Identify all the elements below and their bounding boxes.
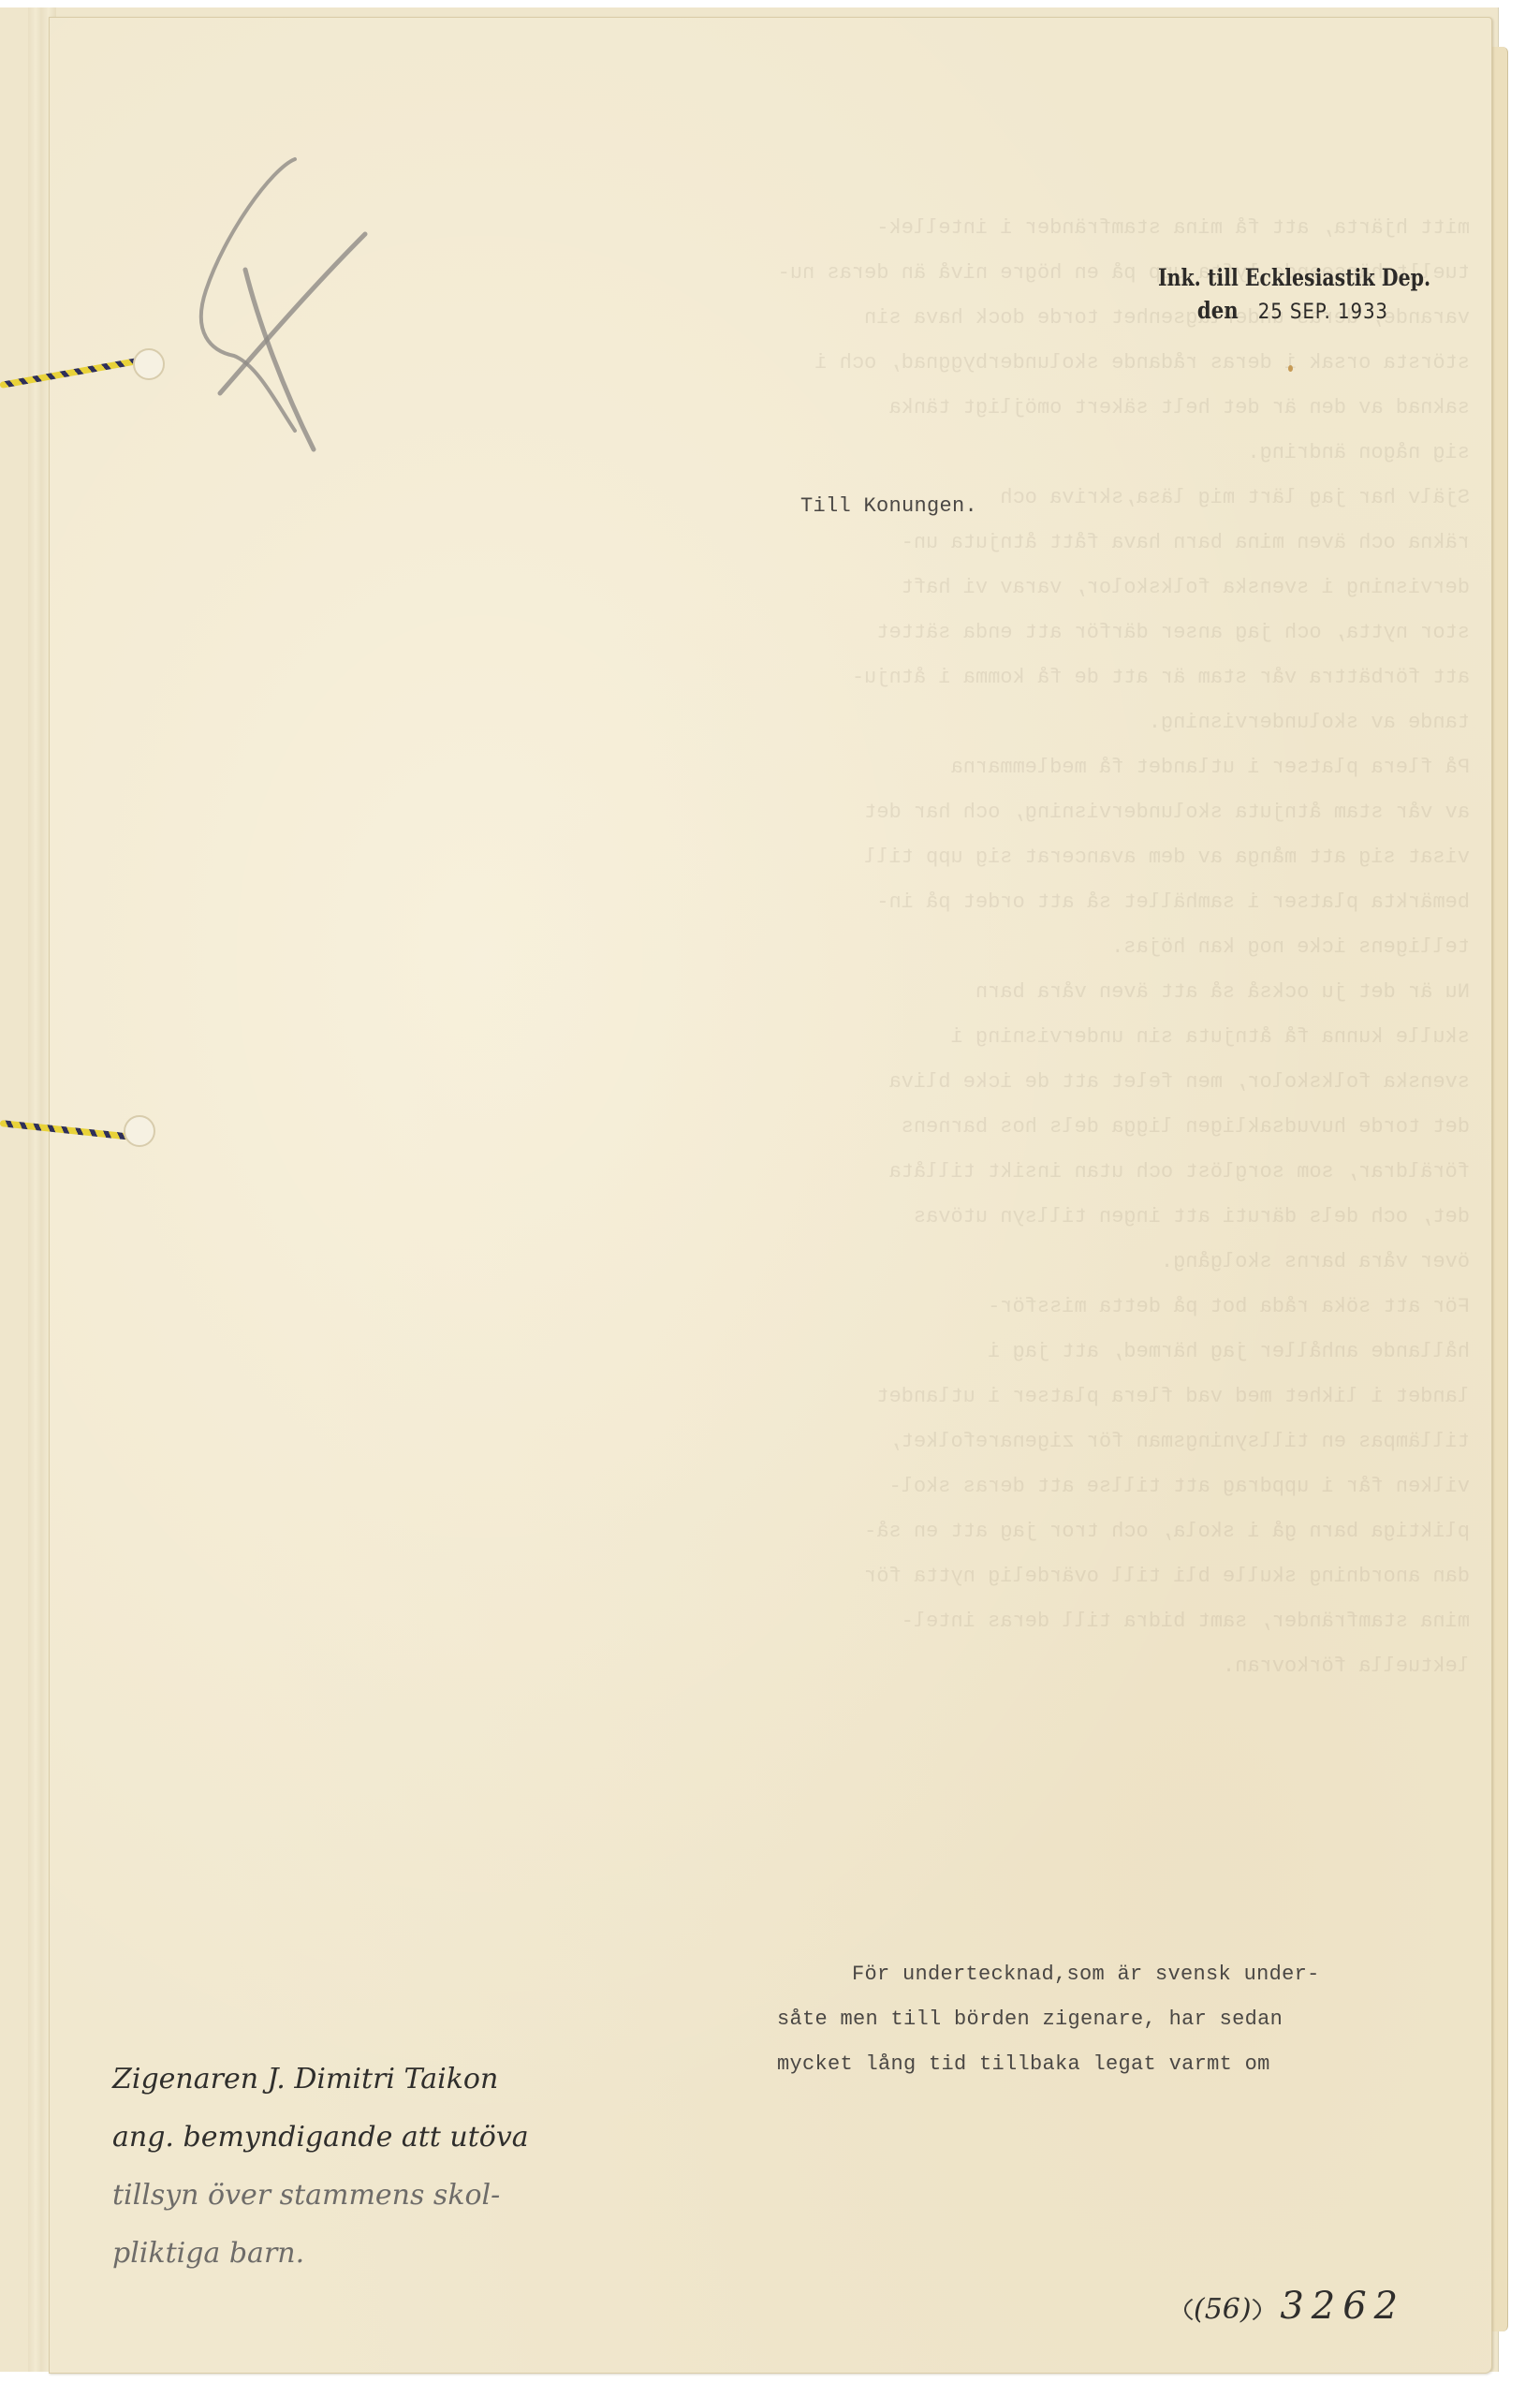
letter-body: För undertecknad,som är svensk under- så… bbox=[777, 1952, 1320, 2087]
salutation: Till Konungen. bbox=[800, 494, 977, 518]
stamp-den-label: den bbox=[1196, 297, 1238, 324]
body-line: För undertecknad,som är svensk under- bbox=[777, 1952, 1320, 1997]
bleed-through-text: mitt hjärta, att få mina stamfränder i i… bbox=[599, 206, 1470, 1816]
marginal-note-line: Zigenaren J. Dimitri Taikon bbox=[112, 2051, 529, 2109]
body-line: såte men till börden zigenare, har sedan bbox=[777, 1997, 1320, 2042]
archive-prefix: (56) bbox=[1184, 2291, 1261, 2328]
archive-number: (56) 3262 bbox=[1184, 2285, 1405, 2328]
receipt-stamp: Ink. till Ecklesiastik Dep. den 25 SEP. … bbox=[1128, 264, 1460, 324]
stamp-date: 25 SEP. 1933 bbox=[1257, 301, 1387, 324]
punch-hole-bottom bbox=[124, 1115, 155, 1147]
marginal-note: Zigenaren J. Dimitri Taikon ang. bemyndi… bbox=[112, 2051, 529, 2283]
marginal-note-line: pliktiga barn. bbox=[112, 2225, 529, 2283]
marginal-note-line: ang. bemyndigande att utöva bbox=[112, 2109, 529, 2167]
stamp-department: Ink. till Ecklesiastik Dep. bbox=[1158, 264, 1430, 291]
marginal-note-line: tillsyn över stammens skol- bbox=[112, 2167, 529, 2225]
punch-hole-top bbox=[133, 348, 165, 380]
pencil-check-mark-icon bbox=[169, 131, 412, 468]
ink-spot bbox=[1288, 365, 1293, 372]
archive-number-value: 3262 bbox=[1280, 2285, 1405, 2328]
body-line: mycket lång tid tillbaka legat varmt om bbox=[777, 2042, 1320, 2087]
